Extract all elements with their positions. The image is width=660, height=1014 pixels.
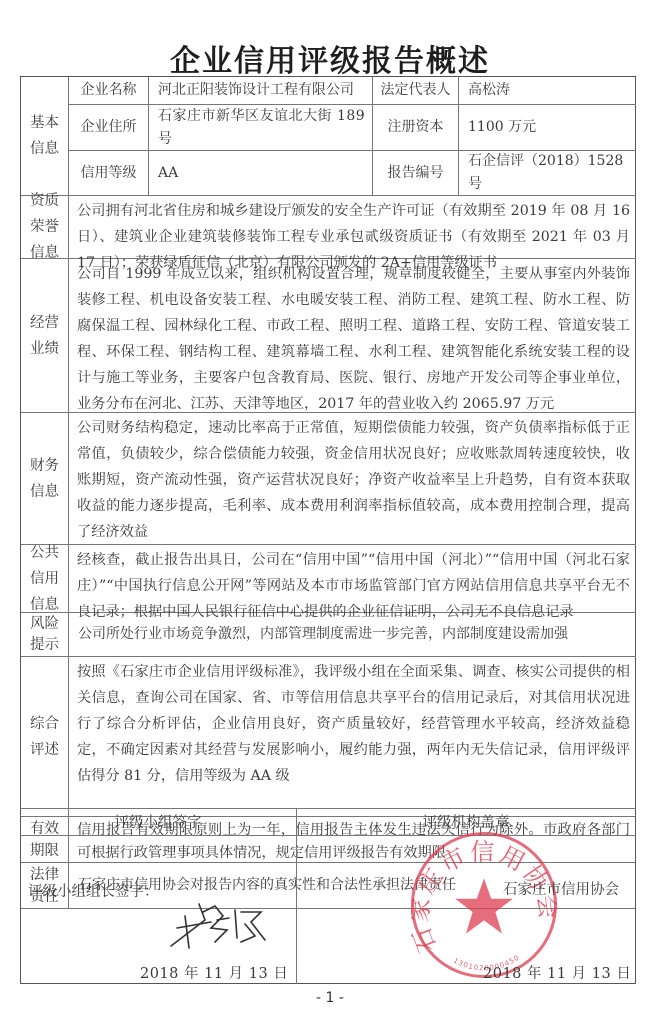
company-name-value: 河北正阳装饰设计工程有限公司: [149, 77, 373, 105]
legal-rep-value: 高松涛: [459, 77, 636, 105]
report-number-label: 报告编号: [373, 151, 459, 196]
finance-content: 公司财务结构稳定，速动比率高于正常值，短期偿债能力较强，资产负债率指标低于正常值…: [69, 413, 636, 545]
basic-info-label: 基本信息: [21, 77, 69, 196]
summary-label: 综合评述: [21, 657, 69, 817]
org-seal-header: 评级机构盖章: [296, 808, 636, 835]
risk-content: 公司所处行业市场竞争激烈，内部管理制度需进一步完善，内部制度建设需加强: [69, 613, 636, 657]
risk-label: 风险提示: [21, 613, 69, 657]
qualification-label: 资质荣誉信息: [21, 196, 69, 259]
official-seal: 石家庄市信用协会 1301020000450: [411, 832, 557, 978]
handwritten-signature-icon: [165, 898, 275, 958]
business-label: 经营业绩: [21, 259, 69, 413]
credit-rating-label: 信用等级: [69, 151, 149, 196]
page-number: - 1 -: [0, 990, 660, 1006]
company-address-value: 石家庄市新华区友谊北大街 189 号: [149, 105, 373, 151]
legal-rep-label: 法定代表人: [373, 77, 459, 105]
org-seal-date: 2018 年 11 月 13 日: [483, 962, 631, 983]
registered-capital-value: 1100 万元: [459, 105, 636, 151]
qualification-content: 公司拥有河北省住房和城乡建设厅颁发的安全生产许可证（有效期至 2019 年 08…: [69, 196, 636, 259]
public-credit-label: 公共信用信息: [21, 545, 69, 613]
registered-capital-label: 注册资本: [373, 105, 459, 151]
business-content: 公司自 1999 年成立以来，组织机构设置合理，规章制度较健全，主要从事室内外装…: [69, 259, 636, 413]
group-signature-date: 2018 年 11 月 13 日: [140, 962, 288, 983]
group-signature-header: 评级小组签字: [20, 808, 296, 835]
leader-signature-label: 评级小组组长签字：: [28, 880, 159, 901]
page-title: 企业信用评级报告概述: [0, 36, 660, 80]
finance-label: 财务信息: [21, 413, 69, 545]
seal-ring-text: 石家庄市信用协会 1301020000450: [411, 832, 557, 978]
org-name: 石家庄市信用协会: [503, 878, 619, 899]
public-credit-content: 经核查，截止报告出具日，公司在“信用中国”“信用中国（河北）”“信用中国（河北石…: [69, 545, 636, 613]
summary-content: 按照《石家庄市企业信用评级标准》，我评级小组在全面采集、调查、核实公司提供的相关…: [69, 657, 636, 817]
company-address-label: 企业住所: [69, 105, 149, 151]
report-number-value: 石企信评（2018）1528 号: [459, 151, 636, 196]
company-name-label: 企业名称: [69, 77, 149, 105]
credit-rating-value: AA: [149, 151, 373, 196]
